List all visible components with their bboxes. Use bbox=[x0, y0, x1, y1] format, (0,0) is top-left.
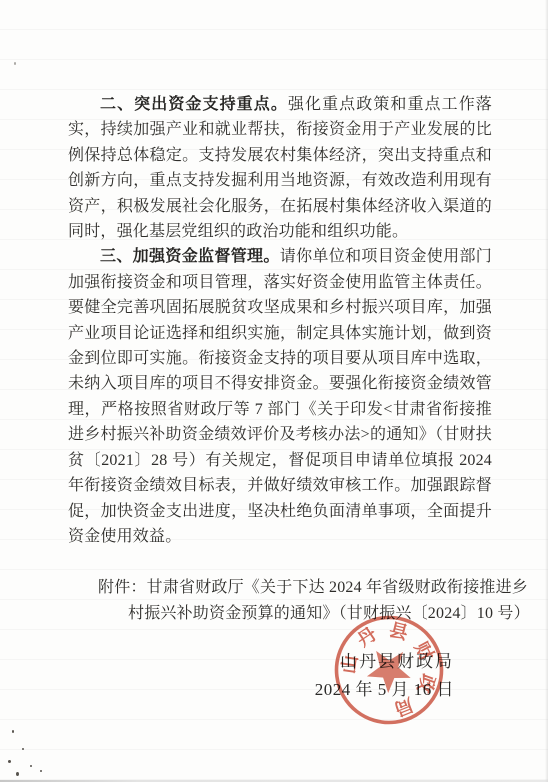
paragraph: 三、加强资金监督管理。请你单位和项目资金使用部门加强衔接资金和项目管理，落实好资… bbox=[68, 244, 492, 549]
letter-body: 二、突出资金支持重点。强化重点政策和重点工作落实，持续加强产业和就业帮扶，衔接资… bbox=[68, 92, 492, 626]
scan-speck bbox=[40, 770, 42, 772]
scan-speck bbox=[16, 772, 19, 776]
scan-speck bbox=[12, 730, 14, 733]
paragraph-lead: 二、突出资金支持重点。 bbox=[100, 96, 288, 113]
attachment-label: 附件： bbox=[98, 579, 147, 596]
paragraph-text: 强化重点政策和重点工作落实，持续加强产业和就业帮扶，衔接资金用于产业发展的比例保… bbox=[68, 96, 492, 240]
signature-date: 2024 年 5 月 16 日 bbox=[315, 676, 454, 704]
scan-speck bbox=[14, 62, 16, 65]
signature-org: 山丹县财政局 bbox=[315, 648, 454, 676]
paragraph-lead: 三、加强资金监督管理。 bbox=[100, 248, 280, 265]
scan-speck bbox=[22, 748, 24, 750]
document-page: { "doc": { "paragraphs": [ { "lead": "二、… bbox=[0, 0, 548, 782]
scan-speck bbox=[8, 760, 11, 763]
signature-block: 山丹县财政局 2024 年 5 月 16 日 bbox=[315, 648, 454, 703]
paragraph: 二、突出资金支持重点。强化重点政策和重点工作落实，持续加强产业和就业帮扶，衔接资… bbox=[68, 92, 492, 244]
paragraph-text: 请你单位和项目资金使用部门加强衔接资金和项目管理，落实好资金使用监管主体责任。要… bbox=[68, 248, 492, 544]
attachment-note: 附件：甘肃省财政厅《关于下达 2024 年省级财政衔接推进乡村振兴补助资金预算的… bbox=[98, 575, 528, 626]
attachment-text: 甘肃省财政厅《关于下达 2024 年省级财政衔接推进乡村振兴补助资金预算的通知》… bbox=[128, 579, 530, 621]
scan-speck bbox=[30, 765, 32, 767]
